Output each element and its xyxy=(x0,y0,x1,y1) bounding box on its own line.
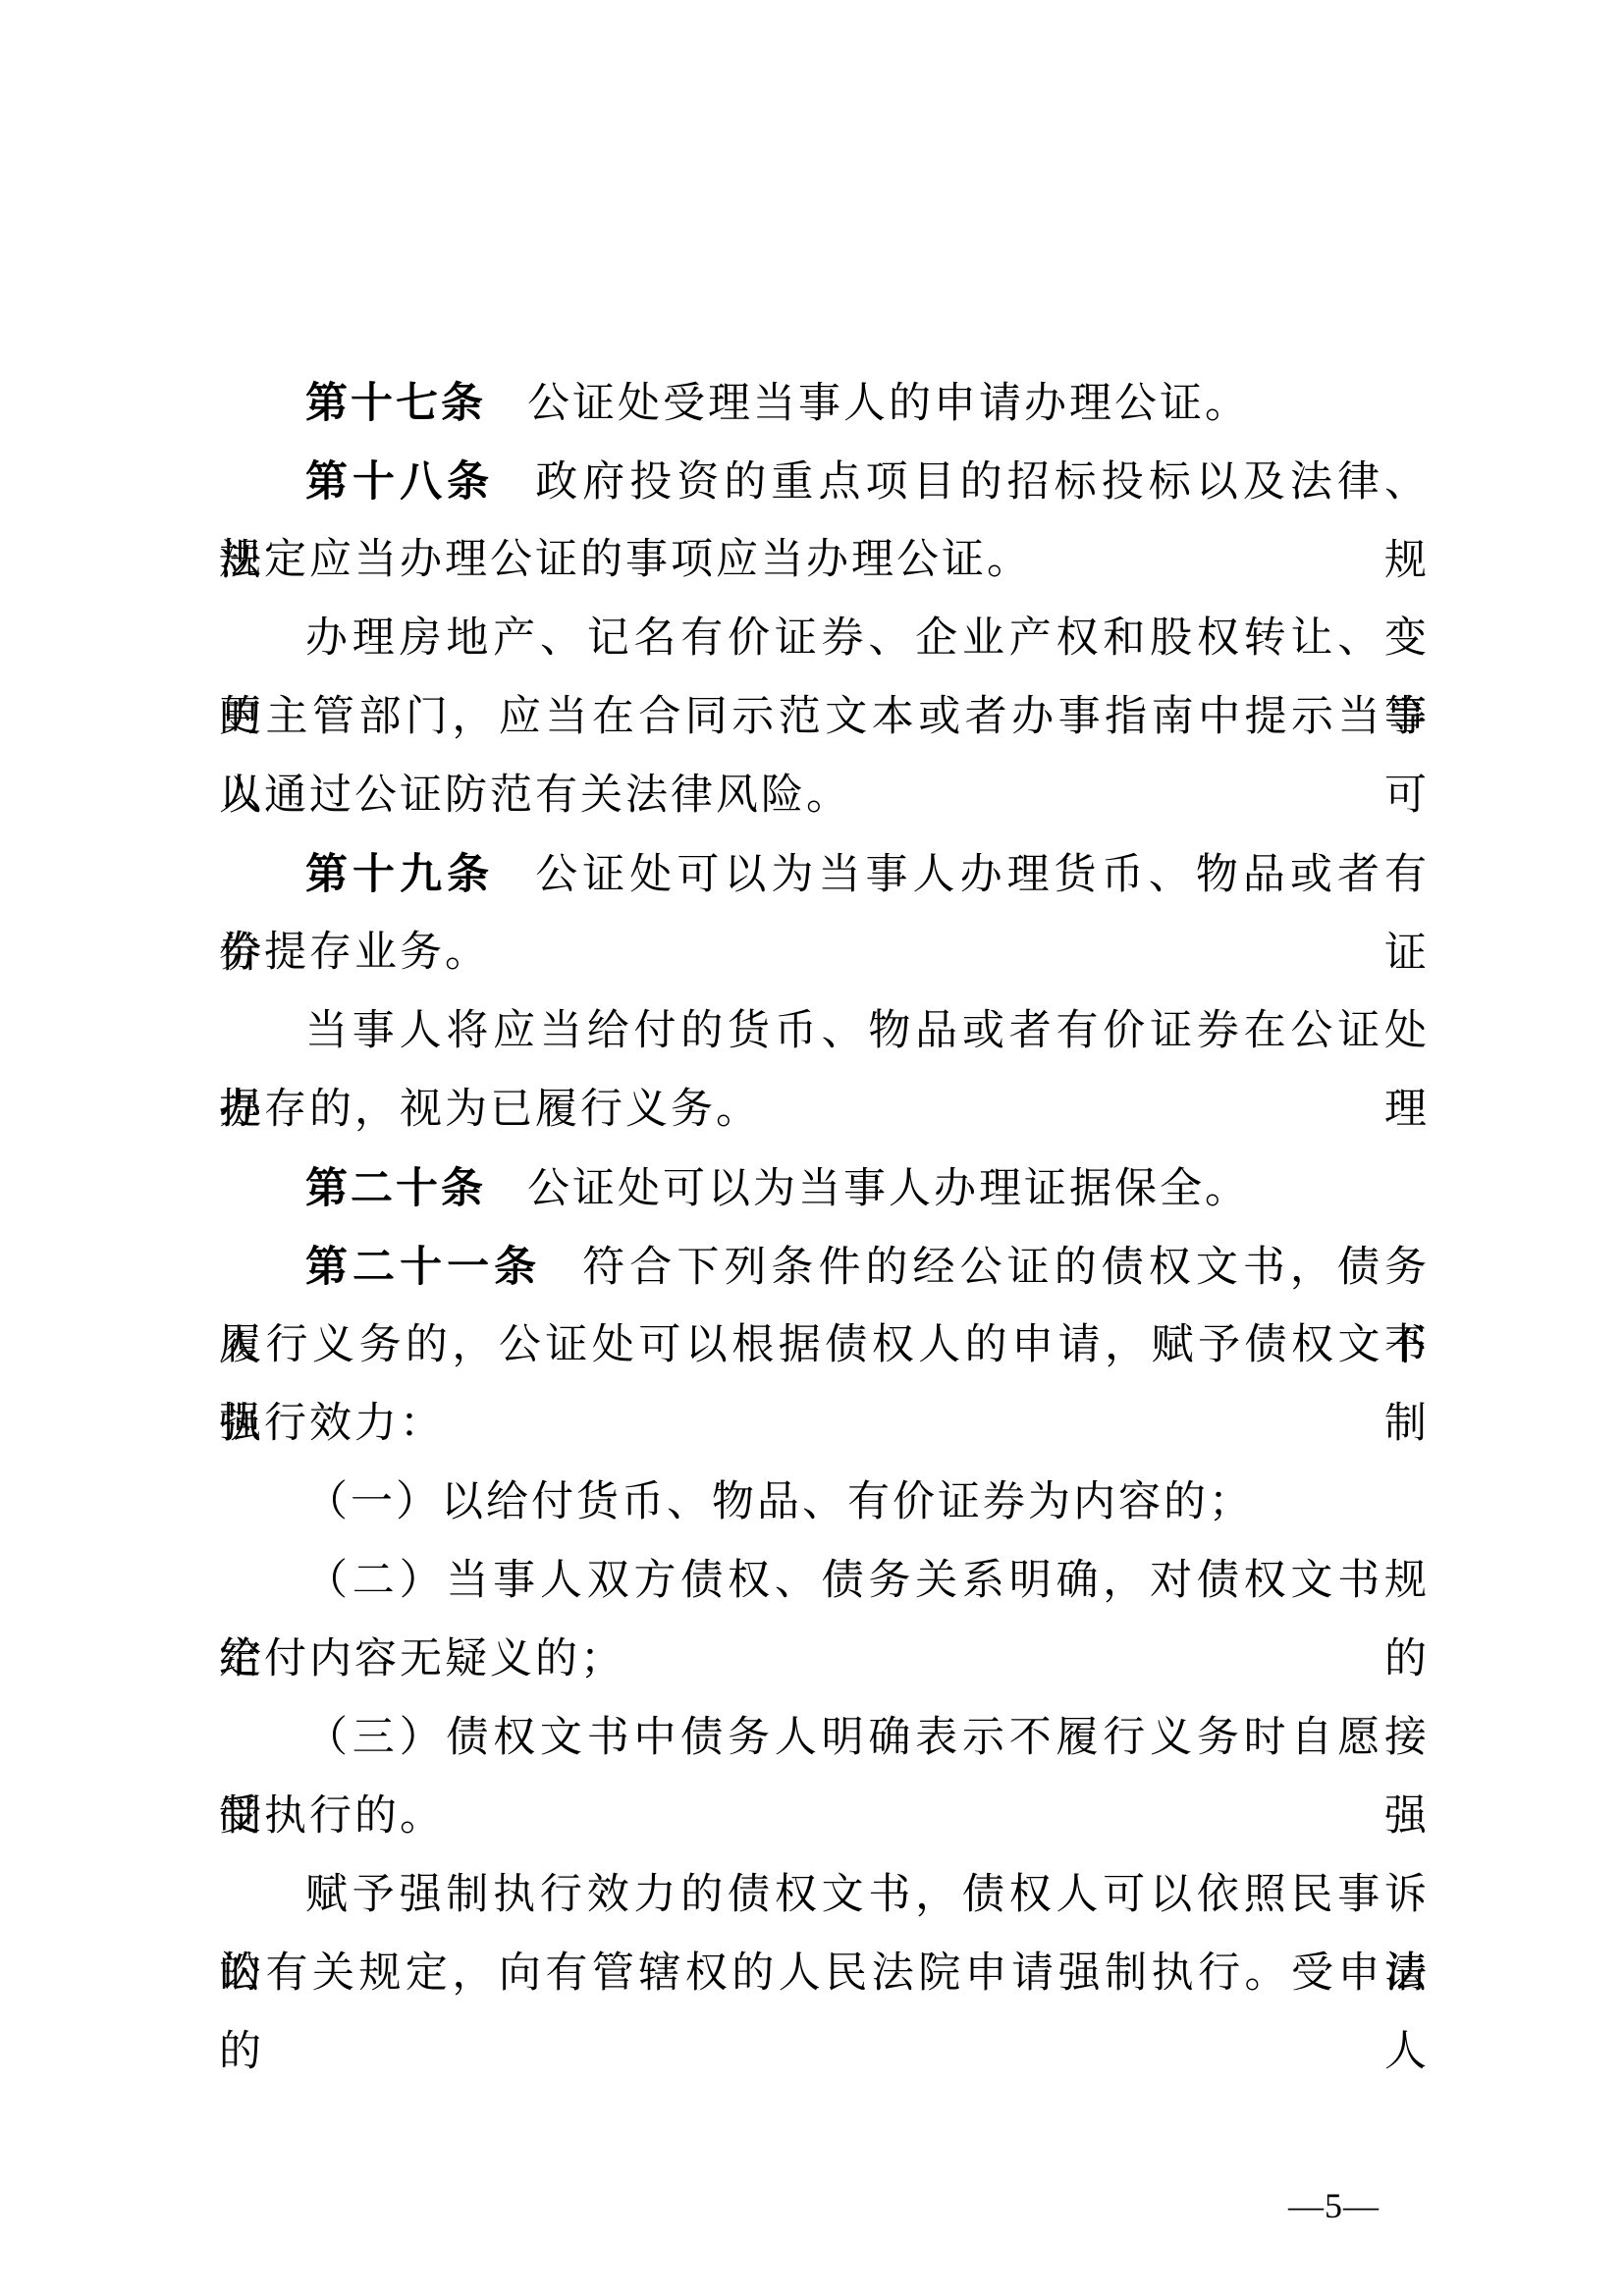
line-text: （一）以给付货币、物品、有价证券为内容的； xyxy=(305,1479,1254,1525)
text-line: （三）债权文书中债务人明确表示不履行义务时自愿接受强 xyxy=(219,1699,1430,1778)
text-line: 第十九条公证处可以为当事人办理货币、物品或者有价证 xyxy=(219,835,1430,914)
article-number: 第十九条 xyxy=(305,851,494,898)
line-text: 执行效力： xyxy=(219,1401,445,1447)
line-text: 制执行的。 xyxy=(219,1793,445,1840)
article-number: 第十七条 xyxy=(305,380,486,427)
article-number: 第二十一条 xyxy=(305,1244,541,1291)
line-text: 规定应当办理公证的事项应当办理公证。 xyxy=(219,537,1032,583)
text-line: 的主管部门，应当在合同示范文本或者办事指南中提示当事人可 xyxy=(219,678,1430,757)
text-line: 当事人将应当给付的货币、物品或者有价证券在公证处办理 xyxy=(219,992,1430,1071)
text-line: 赋予强制执行效力的债权文书，债权人可以依照民事诉讼法 xyxy=(219,1856,1430,1935)
line-text: 以通过公证防范有关法律风险。 xyxy=(219,773,851,819)
text-line: 的有关规定，向有管辖权的人民法院申请强制执行。受申请的人 xyxy=(219,1935,1430,2013)
text-line: 办理房地产、记名有价证券、企业产权和股权转让、变更等 xyxy=(219,600,1430,678)
text-line: （一）以给付货币、物品、有价证券为内容的； xyxy=(219,1464,1430,1542)
text-line: 第十八条政府投资的重点项目的招标投标以及法律、法规 xyxy=(219,443,1430,521)
text-line: 第二十条公证处可以为当事人办理证据保全。 xyxy=(219,1149,1430,1228)
line-text: 提存的，视为已履行义务。 xyxy=(219,1087,761,1133)
text-line: 履行义务的，公证处可以根据债权人的申请，赋予债权文书强制 xyxy=(219,1307,1430,1385)
text-line: 第十七条公证处受理当事人的申请办理公证。 xyxy=(219,364,1430,443)
text-line: 第二十一条符合下列条件的经公证的债权文书，债务人不 xyxy=(219,1228,1430,1307)
line-text: 给付内容无疑义的； xyxy=(219,1636,625,1682)
page-number: —5— xyxy=(1288,2185,1380,2226)
document-page: 第十七条公证处受理当事人的申请办理公证。 第十八条政府投资的重点项目的招标投标以… xyxy=(0,0,1624,2296)
line-text: 券提存业务。 xyxy=(219,930,490,976)
article-number: 第二十条 xyxy=(305,1165,486,1212)
line-text: 公证处可以为当事人办理证据保全。 xyxy=(527,1166,1250,1212)
line-text: 的有关规定，向有管辖权的人民法院申请强制执行。受申请的人 xyxy=(219,1950,1430,2075)
article-number: 第十八条 xyxy=(305,458,494,506)
line-text: 公证处受理当事人的申请办理公证。 xyxy=(527,381,1250,427)
text-line: （二）当事人双方债权、债务关系明确，对债权文书规定的 xyxy=(219,1542,1430,1621)
document-body: 第十七条公证处受理当事人的申请办理公证。 第十八条政府投资的重点项目的招标投标以… xyxy=(219,364,1430,2013)
